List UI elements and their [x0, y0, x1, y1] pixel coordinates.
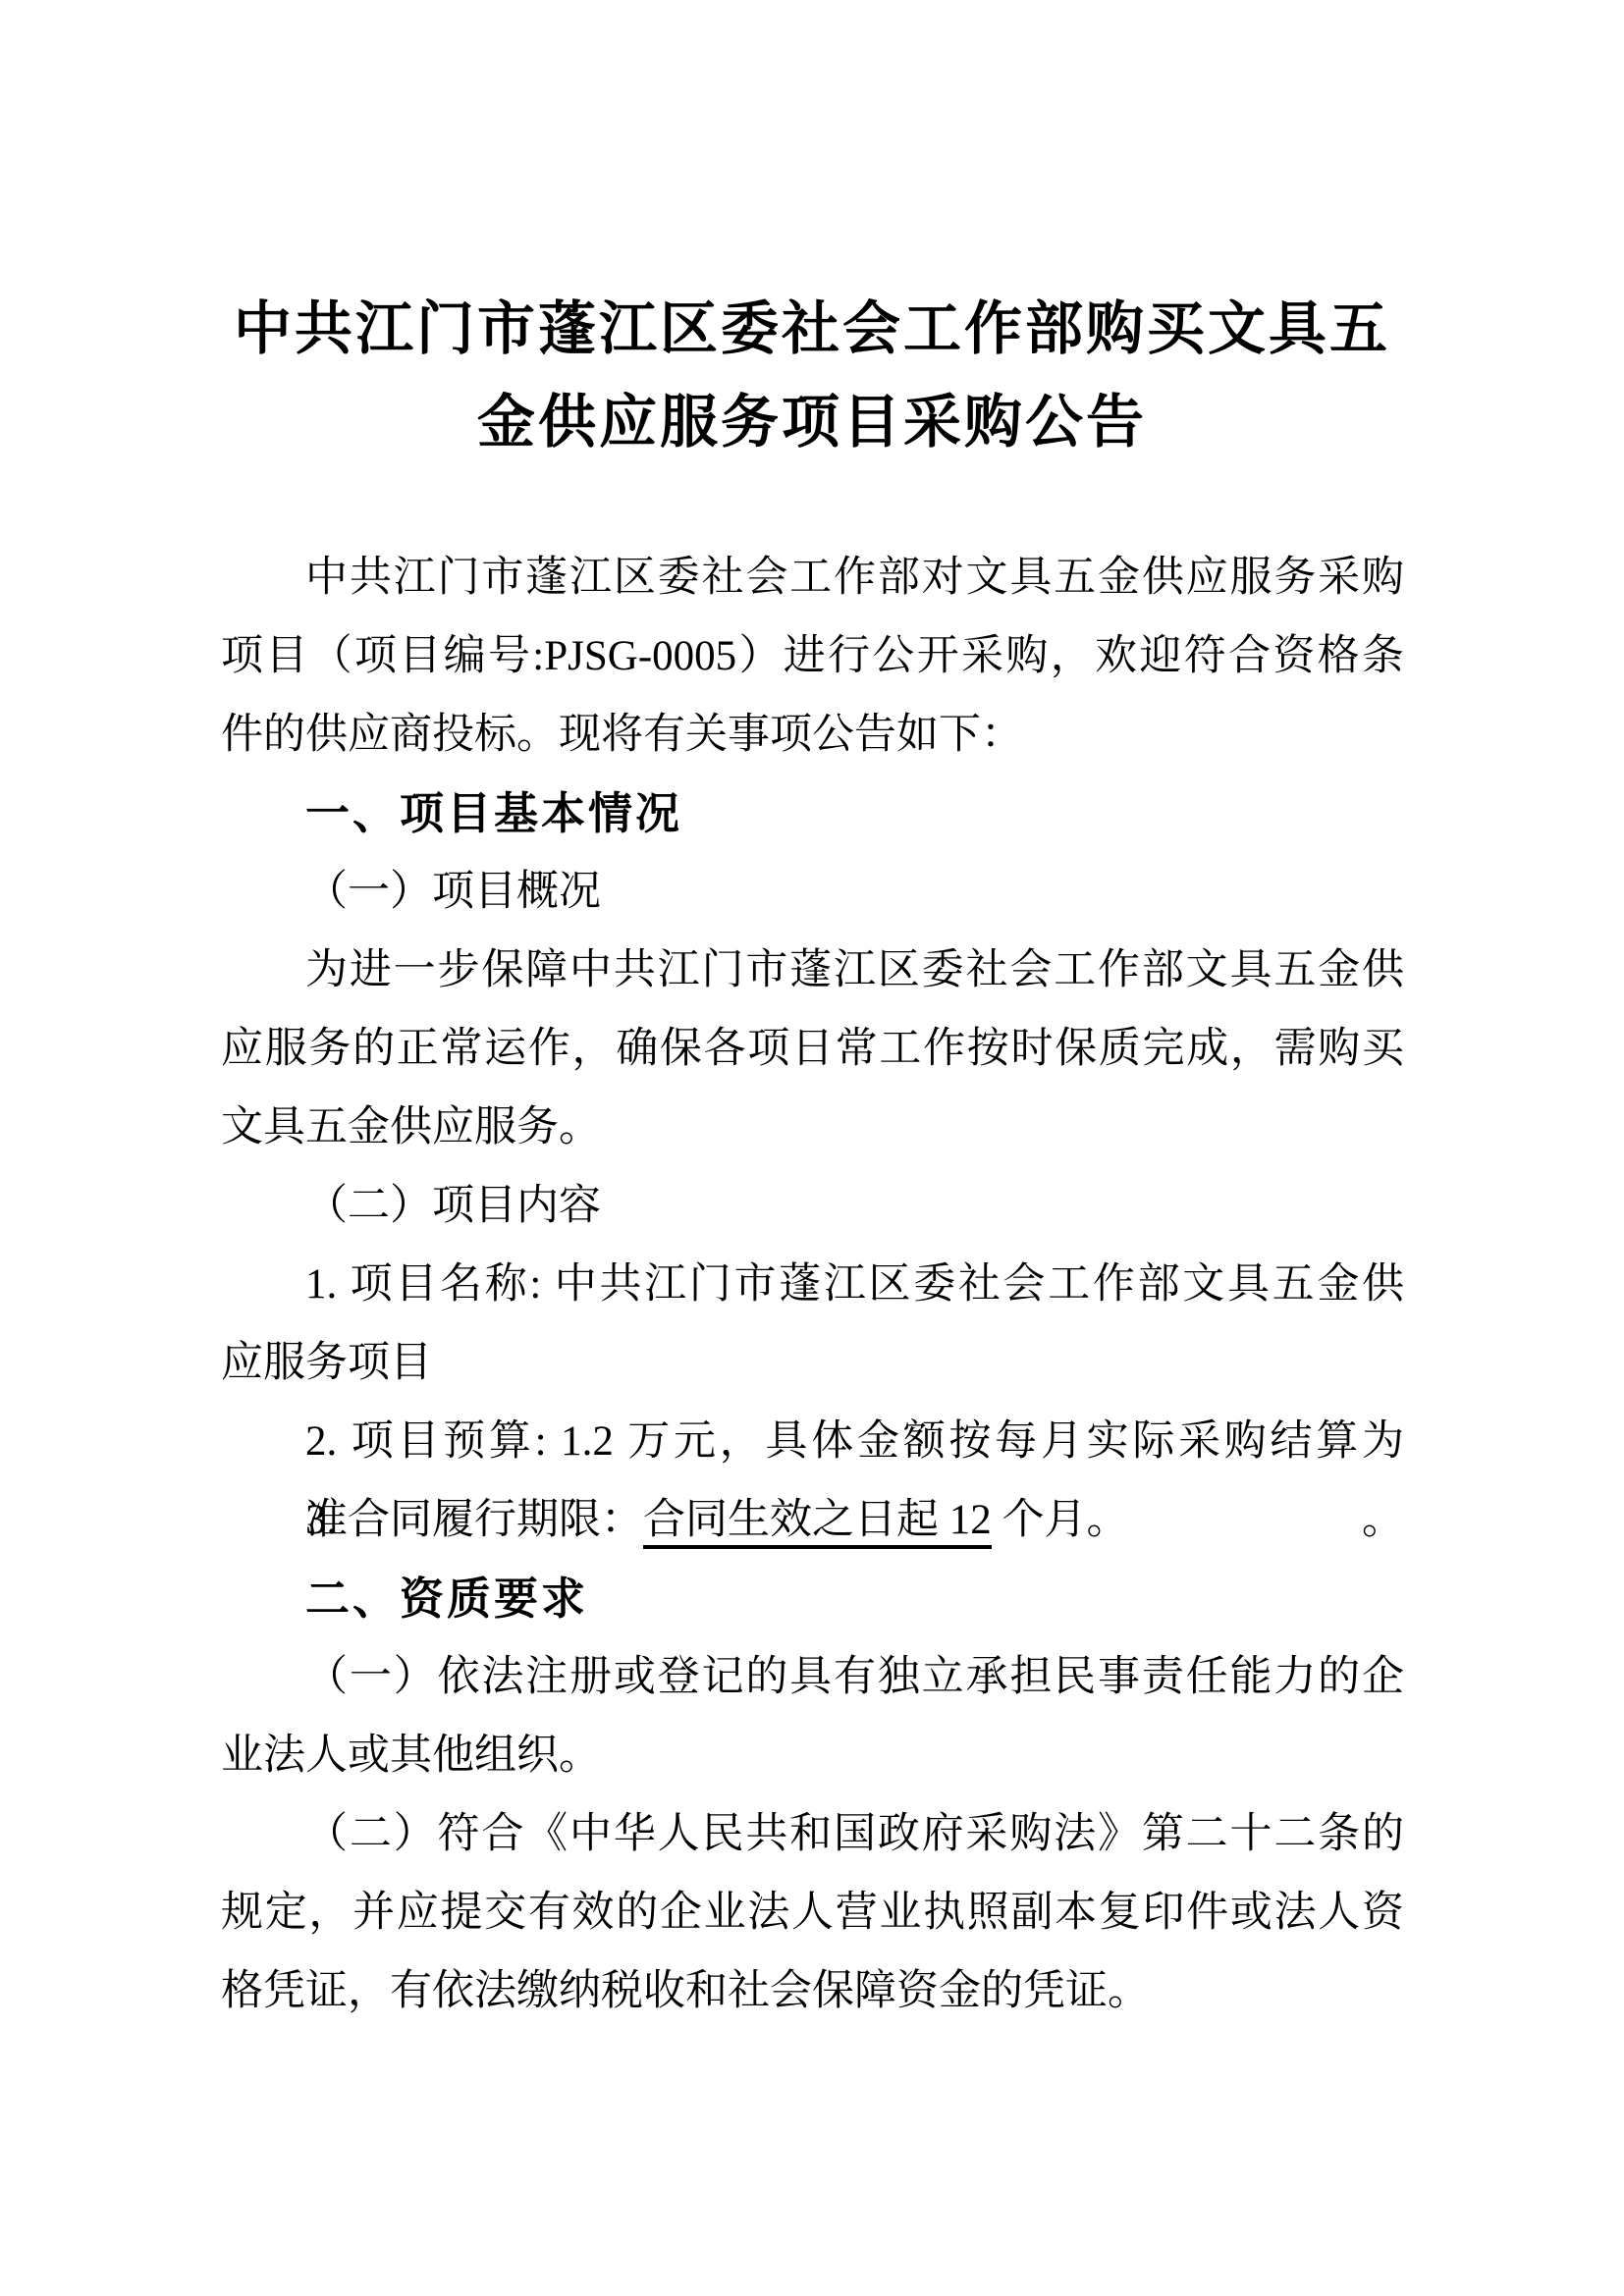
intro-paragraph-line: 中共江门市蓬江区委社会工作部对文具五金供应服务采购 — [221, 539, 1404, 617]
subsection-heading: （一）项目概况 — [221, 853, 1404, 932]
qualification-line: （二）符合《中华人民共和国政府采购法》第二十二条的 — [221, 1795, 1404, 1874]
qualification-line: （一）依法注册或登记的具有独立承担民事责任能力的企 — [221, 1638, 1404, 1717]
project-budget-line: 2. 项目预算: 1.2 万元，具体金额按每月实际采购结算为准。 — [221, 1403, 1404, 1481]
page-title-line-2: 金供应服务项目采购公告 — [110, 376, 1514, 469]
intro-paragraph-line: 项目（项目编号:PJSG-0005）进行公开采购，欢迎符合资格条 — [221, 617, 1404, 696]
section-heading-2: 二、资质要求 — [221, 1560, 1404, 1638]
paragraph-line: 为进一步保障中共江门市蓬江区委社会工作部文具五金供 — [221, 932, 1404, 1010]
document-page: 中共江门市蓬江区委社会工作部购买文具五 金供应服务项目采购公告 中共江门市蓬江区… — [0, 0, 1624, 2296]
page-title-line-1: 中共江门市蓬江区委社会工作部购买文具五 — [110, 283, 1514, 376]
paragraph-line: 文具五金供应服务。 — [221, 1089, 1404, 1167]
paragraph-line: 应服务的正常运作，确保各项日常工作按时保质完成，需购买 — [221, 1010, 1404, 1089]
project-name-line: 应服务项目 — [221, 1324, 1404, 1403]
intro-paragraph-line: 件的供应商投标。现将有关事项公告如下： — [221, 696, 1404, 774]
contract-term-underlined: 合同生效之日起 12 — [643, 1497, 992, 1549]
document-body: 中共江门市蓬江区委社会工作部对文具五金供应服务采购 项目（项目编号:PJSG-0… — [221, 539, 1404, 2031]
contract-term-label: 3. 合同履行期限： — [305, 1497, 643, 1543]
qualification-line: 业法人或其他组织。 — [221, 1717, 1404, 1795]
project-name-line: 1. 项目名称: 中共江门市蓬江区委社会工作部文具五金供 — [221, 1246, 1404, 1324]
qualification-line: 规定，并应提交有效的企业法人营业执照副本复印件或法人资 — [221, 1874, 1404, 1952]
contract-term-suffix: 个月。 — [992, 1497, 1129, 1543]
qualification-line: 格凭证，有依法缴纳税收和社会保障资金的凭证。 — [221, 1952, 1404, 2031]
section-heading-1: 一、项目基本情况 — [221, 774, 1404, 853]
page-title: 中共江门市蓬江区委社会工作部购买文具五 金供应服务项目采购公告 — [110, 283, 1514, 469]
subsection-heading: （二）项目内容 — [221, 1167, 1404, 1246]
